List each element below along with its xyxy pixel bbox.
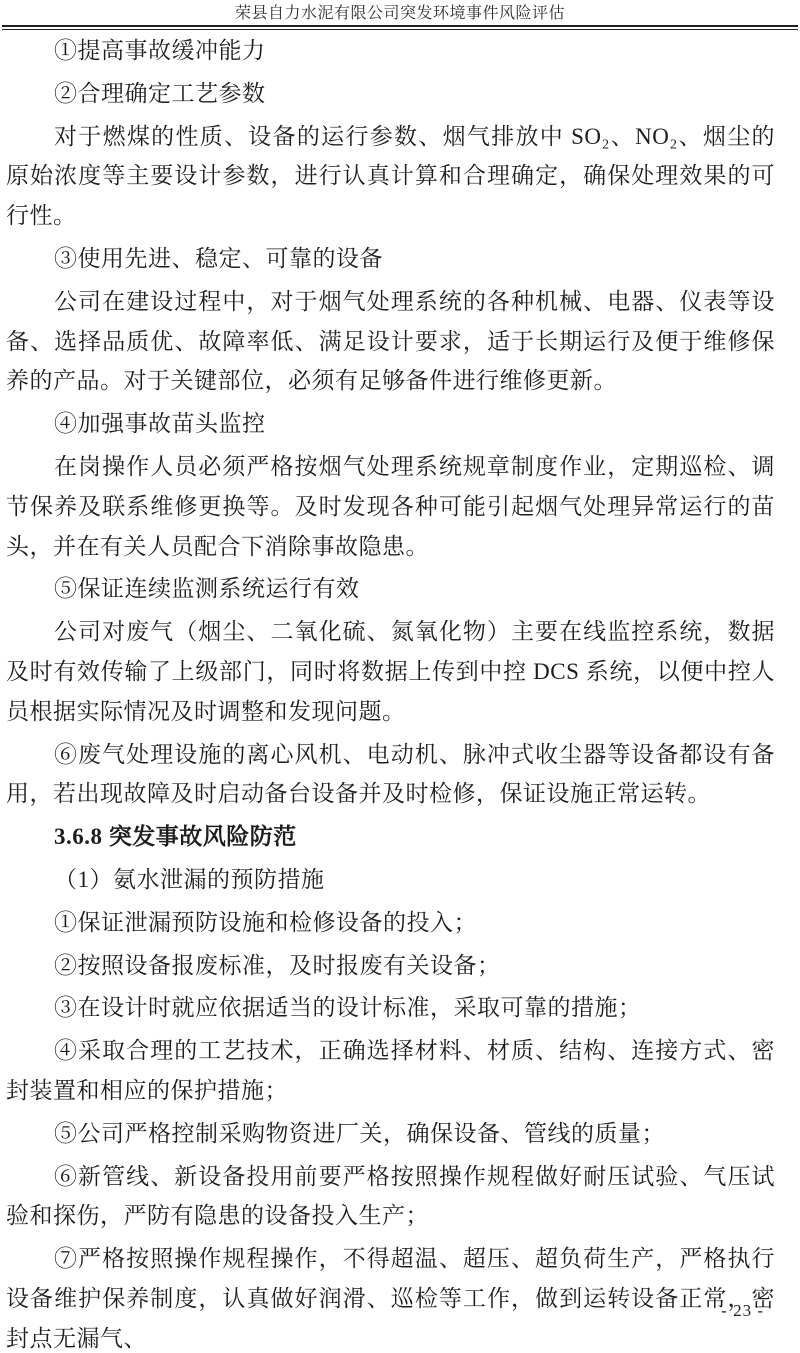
paragraph: ④采取合理的工艺技术，正确选择材料、材质、结构、连接方式、密封装置和相应的保护措… <box>6 1031 775 1111</box>
numbered-item-2: ②合理确定工艺参数 <box>6 74 775 114</box>
numbered-item-5: ⑤保证连续监测系统运行有效 <box>6 569 775 609</box>
numbered-item-10: ⑤公司严格控制采购物资进厂关，确保设备、管线的质量； <box>6 1114 775 1154</box>
numbered-item-1: ①提高事故缓冲能力 <box>6 31 775 71</box>
sub-heading: （1）氨水泄漏的预防措施 <box>6 860 775 900</box>
paragraph: ⑥新管线、新设备投用前要严格按照操作规程做好耐压试验、气压试验和探伤，严防有隐患… <box>6 1157 775 1237</box>
header-title: 荣县自力水泥有限公司突发环境事件风险评估 <box>0 0 800 22</box>
numbered-item-4: ④加强事故苗头监控 <box>6 404 775 444</box>
paragraph: 公司在建设过程中，对于烟气处理系统的各种机械、电器、仪表等设备、选择品质优、故障… <box>6 282 775 401</box>
section-heading: 3.6.8 突发事故风险防范 <box>6 817 775 857</box>
paragraph: 公司对废气（烟尘、二氧化硫、氮氧化物）主要在线监控系统，数据及时有效传输了上级部… <box>6 612 775 731</box>
numbered-item-9: ③在设计时就应依据适当的设计标准，采取可靠的措施； <box>6 988 775 1028</box>
numbered-item-8: ②按照设备报废标准，及时报废有关设备； <box>6 946 775 986</box>
paragraph: ⑦严格按照操作规程操作，不得超温、超压、超负荷生产，严格执行设备维护保养制度，认… <box>6 1239 775 1353</box>
numbered-item-3: ③使用先进、稳定、可靠的设备 <box>6 239 775 279</box>
page-header: 荣县自力水泥有限公司突发环境事件风险评估 <box>0 0 800 30</box>
numbered-item-6: ⑥废气处理设施的离心风机、电动机、脉冲式收尘器等设备都设有备用，若出现故障及时启… <box>6 735 775 815</box>
page-number: - 23 - <box>721 1301 764 1321</box>
document-page: 荣县自力水泥有限公司突发环境事件风险评估 ①提高事故缓冲能力 ②合理确定工艺参数… <box>0 0 800 1353</box>
document-body: ①提高事故缓冲能力 ②合理确定工艺参数 对于燃煤的性质、设备的运行参数、烟气排放… <box>0 30 800 1353</box>
numbered-item-7: ①保证泄漏预防设施和检修设备的投入； <box>6 903 775 943</box>
paragraph: 在岗操作人员必须严格按烟气处理系统规章制度作业，定期巡检、调节保养及联系维修更换… <box>6 447 775 566</box>
paragraph: 对于燃煤的性质、设备的运行参数、烟气排放中 SO₂、NO₂、烟尘的原始浓度等主要… <box>6 117 775 236</box>
